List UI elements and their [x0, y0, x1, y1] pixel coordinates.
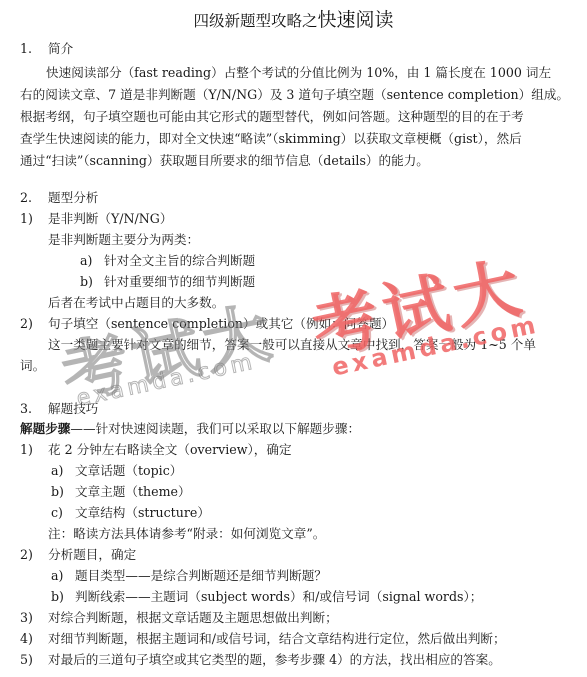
steps-intro-text: ——针对快速阅读题，我们可以采取以下解题步骤：: [70, 421, 360, 436]
section-3-heading: 3.解题技巧: [20, 400, 98, 418]
section-number: 3.: [20, 400, 48, 418]
step-note: 注：略读方法具体请参考“附录：如何浏览文章”。: [48, 525, 325, 543]
section-title: 简介: [48, 41, 73, 56]
sub-item-text: 针对重要细节的细节判断题: [104, 274, 255, 289]
paragraph-line: 通过“扫读”（scanning）获取题目所要求的细节信息（details）的能力…: [20, 152, 429, 170]
list-item: 2)句子填空（sentence completion）或其它（例如：问答题）: [20, 315, 394, 333]
section-number: 1.: [20, 40, 48, 58]
sub-item-text: 题目类型——是综合判断题还是细节判断题？: [75, 568, 327, 583]
sub-item-letter: b): [51, 483, 75, 501]
sub-item-text: 文章主题（theme）: [75, 484, 191, 499]
sub-item: a)题目类型——是综合判断题还是细节判断题？: [51, 567, 327, 585]
step-item: 4)对细节判断题，根据主题词和/或信号词，结合文章结构进行定位，然后做出判断；: [20, 630, 506, 648]
sub-item: b)判断线索——主题词（subject words）和/或信号词（signal …: [51, 588, 482, 606]
sub-item: c)文章结构（structure）: [51, 504, 210, 522]
item-desc: 这一类题主要针对文章的细节，答案一般可以直接从文章中找到，答案一般为 1~5 个…: [48, 336, 536, 354]
list-item: 1)是非判断（Y/N/NG）: [20, 210, 172, 228]
title-prefix: 四级新题型攻略之: [193, 12, 317, 30]
document-page: 四级新题型攻略之快速阅读 1.简介 快速阅读部分（fast reading）占整…: [0, 0, 587, 677]
step-item: 2)分析题目，确定: [20, 546, 136, 564]
item-intro: 是非判断题主要分为两类：: [48, 231, 199, 249]
step-text: 分析题目，确定: [48, 547, 136, 562]
step-number: 5): [20, 651, 48, 669]
sub-item: b)文章主题（theme）: [51, 483, 191, 501]
steps-intro: 解题步骤——针对快速阅读题，我们可以采取以下解题步骤：: [20, 420, 360, 438]
page-title: 四级新题型攻略之快速阅读: [0, 8, 587, 33]
step-text: 花 2 分钟左右略读全文（overview），确定: [48, 442, 292, 457]
item-number: 1): [20, 210, 48, 228]
step-item: 3)对综合判断题，根据文章话题及主题思想做出判断；: [20, 609, 338, 627]
step-number: 1): [20, 441, 48, 459]
sub-item-letter: b): [51, 588, 75, 606]
sub-item-letter: a): [51, 567, 75, 585]
section-title: 题型分析: [48, 190, 98, 205]
section-2-heading: 2.题型分析: [20, 189, 98, 207]
section-1-heading: 1.简介: [20, 40, 73, 58]
step-text: 对细节判断题，根据主题词和/或信号词，结合文章结构进行定位，然后做出判断；: [48, 631, 506, 646]
step-number: 2): [20, 546, 48, 564]
sub-item: a)文章话题（topic）: [51, 462, 182, 480]
sub-item-letter: a): [51, 462, 75, 480]
sub-item-text: 针对全文主旨的综合判断题: [104, 253, 255, 268]
sub-item-text: 文章话题（topic）: [75, 463, 182, 478]
sub-item-letter: c): [51, 504, 75, 522]
step-number: 3): [20, 609, 48, 627]
section-title: 解题技巧: [48, 401, 98, 416]
title-main: 快速阅读: [318, 9, 394, 31]
sub-item-text: 文章结构（structure）: [75, 505, 210, 520]
paragraph-line: 右的阅读文章、7 道是非判断题（Y/N/NG）及 3 道句子填空题（senten…: [20, 86, 569, 104]
item-desc: 词。: [20, 357, 45, 375]
step-text: 对最后的三道句子填空或其它类型的题，参考步骤 4）的方法，找出相应的答案。: [48, 652, 501, 667]
sub-item: b)针对重要细节的细节判断题: [80, 273, 255, 291]
paragraph-line: 查学生快速阅读的能力，即对全文快速“略读”（skimming）以获取文章梗概（g…: [20, 130, 522, 148]
sub-item-letter: a): [80, 252, 104, 270]
item-label: 是非判断（Y/N/NG）: [48, 211, 172, 226]
paragraph-line: 快速阅读部分（fast reading）占整个考试的分值比例为 10%，由 1 …: [46, 64, 551, 82]
item-note: 后者在考试中占题目的大多数。: [48, 294, 224, 312]
section-number: 2.: [20, 189, 48, 207]
step-number: 4): [20, 630, 48, 648]
step-text: 对综合判断题，根据文章话题及主题思想做出判断；: [48, 610, 338, 625]
item-number: 2): [20, 315, 48, 333]
steps-label: 解题步骤: [20, 421, 70, 436]
paragraph-line: 根据考纲，句子填空题也可能由其它形式的题型替代，例如问答题。这种题型的目的在于考: [20, 108, 524, 126]
step-item: 1)花 2 分钟左右略读全文（overview），确定: [20, 441, 292, 459]
sub-item-letter: b): [80, 273, 104, 291]
step-item: 5)对最后的三道句子填空或其它类型的题，参考步骤 4）的方法，找出相应的答案。: [20, 651, 501, 669]
sub-item-text: 判断线索——主题词（subject words）和/或信号词（signal wo…: [75, 589, 482, 604]
item-label: 句子填空（sentence completion）或其它（例如：问答题）: [48, 316, 394, 331]
sub-item: a)针对全文主旨的综合判断题: [80, 252, 255, 270]
watermark-gray-url: examda.com: [74, 349, 258, 411]
